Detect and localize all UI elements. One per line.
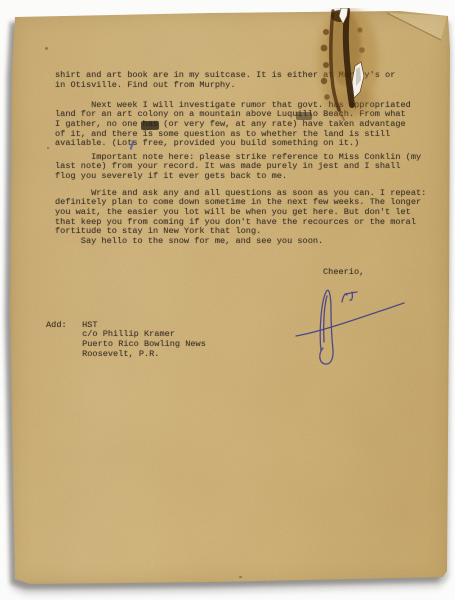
paper-speck <box>45 47 48 50</box>
letter-paragraph-2: Next week I will investigate rumor that … <box>55 101 411 150</box>
paper-speck <box>239 576 242 578</box>
letter-paragraph-5: Say hello to the snow for me, and see yo… <box>55 237 323 247</box>
letter-paragraph-1: shirt and art book are in my suitcase. I… <box>55 71 395 90</box>
letter-paper <box>10 11 450 585</box>
paper-texture <box>10 11 450 585</box>
letter-paragraph-3: Important note here: please strike refer… <box>55 153 421 182</box>
paper-surface <box>10 11 450 585</box>
scanned-letter-photo: { "letter": { "paragraphs": [ "shirt and… <box>0 0 455 600</box>
closing-salutation: Cheerio, <box>323 268 364 278</box>
overstrike-mark-place-name <box>296 112 312 120</box>
sender-address-block: Add: HST c/o Phillip Kramer Puerto Rico … <box>46 321 206 360</box>
letter-paragraph-4: Write and ask any and all questions as s… <box>55 189 426 238</box>
paper-speck <box>47 147 49 149</box>
overstrike-mark-struck-word <box>141 121 159 130</box>
